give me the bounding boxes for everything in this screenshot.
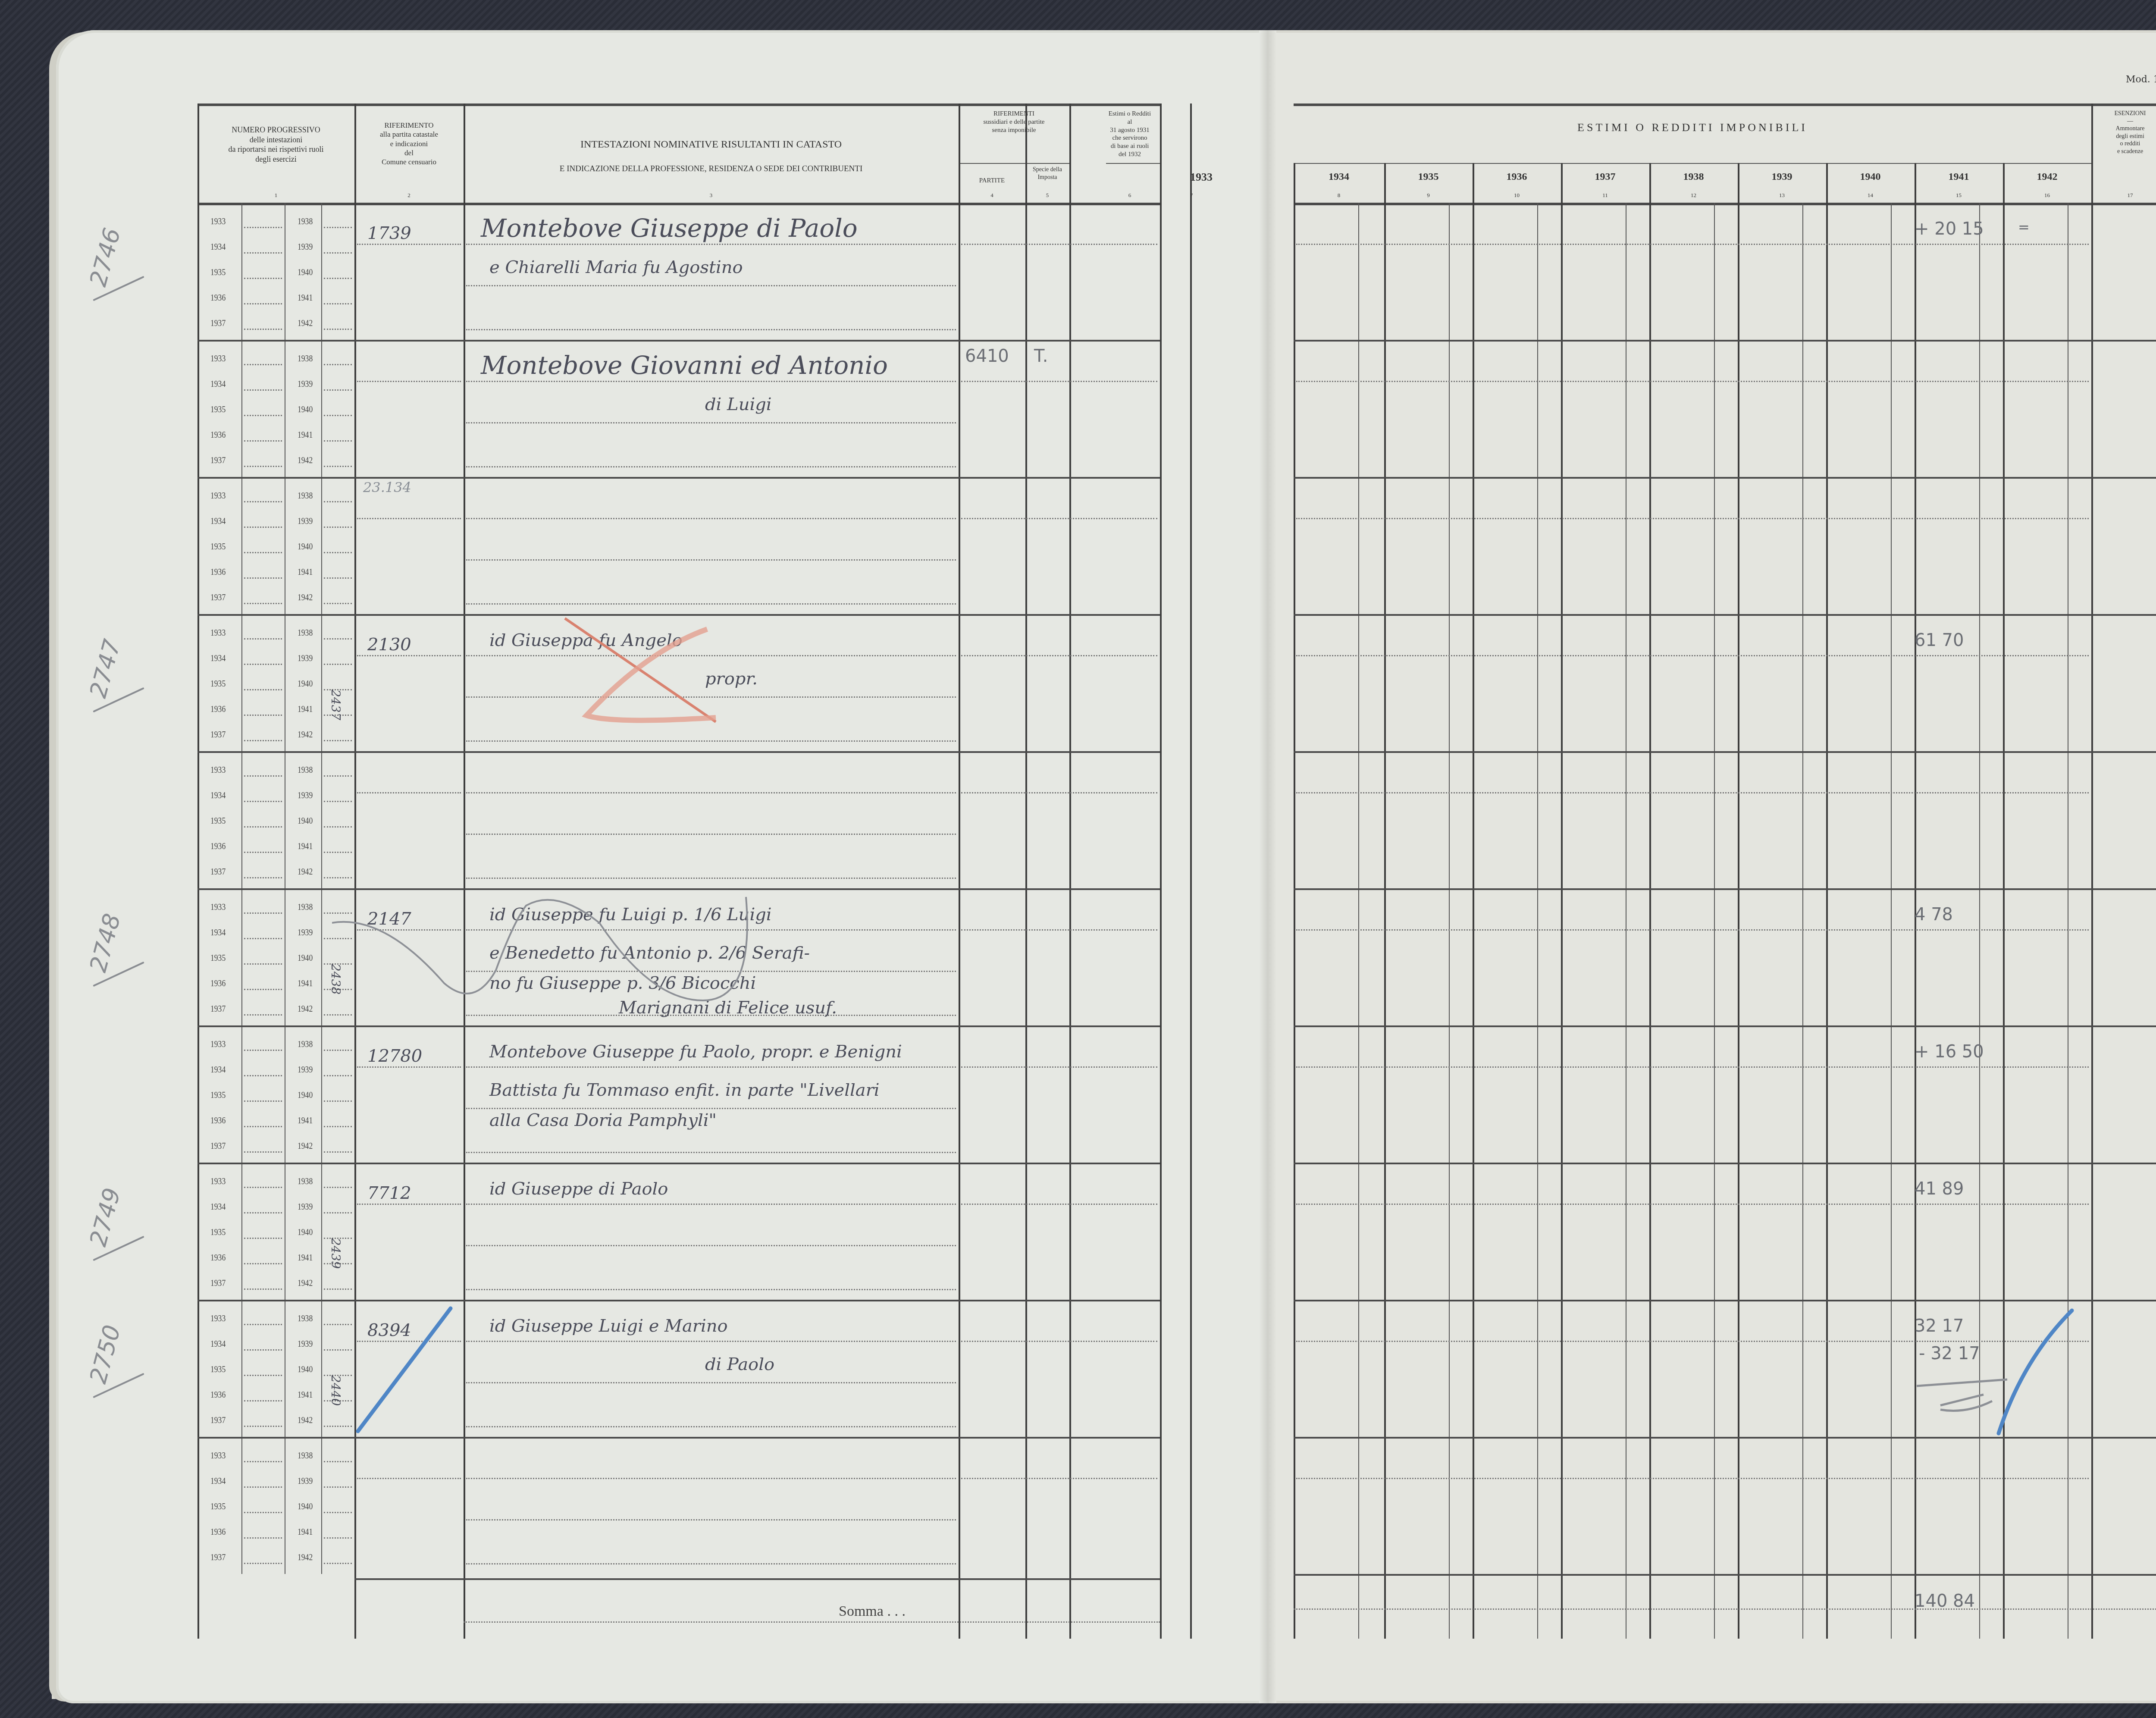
dotted-line xyxy=(324,1563,352,1564)
year-label: 1936 xyxy=(210,1389,226,1400)
year-label: 1936 xyxy=(210,840,226,852)
blue-check-mark xyxy=(1996,1308,2083,1438)
dotted-line xyxy=(357,244,461,245)
column-number: 3 xyxy=(464,192,959,199)
dotted-line xyxy=(324,527,352,528)
year-label: 1937 xyxy=(210,866,226,877)
column-rule xyxy=(1384,163,1386,1639)
dotted-line xyxy=(244,1512,282,1513)
header-partite: PARTITE xyxy=(959,177,1025,185)
column-number: 8 xyxy=(1294,192,1384,199)
year-label: 1940 xyxy=(298,1089,313,1100)
record-divider xyxy=(1294,477,2156,479)
dotted-line xyxy=(324,389,352,391)
dotted-line xyxy=(244,1050,282,1051)
cents-rule xyxy=(1537,203,1538,1639)
header-year-1937: 1937 xyxy=(1561,170,1649,183)
year-label: 1938 xyxy=(298,1450,313,1461)
dotted-line xyxy=(244,1212,282,1213)
year-label: 1935 xyxy=(210,1226,226,1238)
dotted-line xyxy=(324,252,352,254)
estimo-1941-value: + 20 15 xyxy=(1915,219,1984,239)
dotted-line xyxy=(324,577,352,579)
column-rule xyxy=(1160,103,1162,1639)
dotted-line xyxy=(466,1289,956,1290)
left-page xyxy=(56,30,1268,1703)
year-label: 1933 xyxy=(210,764,226,775)
column-number: 6 xyxy=(1069,192,1190,199)
dotted-line xyxy=(466,740,956,742)
year-label: 1935 xyxy=(210,541,226,552)
dotted-line xyxy=(324,329,352,330)
header-year-1934: 1934 xyxy=(1294,170,1384,183)
dotted-line xyxy=(324,1288,352,1290)
specie-imposta-value: T. xyxy=(1034,346,1048,366)
column-number: 12 xyxy=(1649,192,1738,199)
dotted-line xyxy=(244,1400,282,1401)
year-label: 1940 xyxy=(298,1226,313,1238)
year-label: 1942 xyxy=(298,1414,313,1426)
book-gutter xyxy=(1259,30,1276,1703)
dotted-line xyxy=(466,1519,956,1520)
dotted-line xyxy=(324,278,352,279)
header-numero-progressivo: NUMERO PROGRESSIVOdelle intestazionida r… xyxy=(197,125,354,164)
intestazione-line: Battista fu Tommaso enfit. in parte "Liv… xyxy=(489,1080,880,1100)
red-cross-out-mark xyxy=(561,616,724,728)
year-label: 1941 xyxy=(298,566,313,577)
column-rule xyxy=(1826,163,1828,1639)
dotted-line xyxy=(244,364,282,365)
year-label: 1942 xyxy=(298,1003,313,1014)
year-label: 1938 xyxy=(298,1176,313,1187)
dotted-line xyxy=(244,1324,282,1325)
column-number: 16 xyxy=(2003,192,2091,199)
cents-rule xyxy=(1891,203,1892,1639)
column1-note: 2437 xyxy=(329,690,343,720)
year-label: 1933 xyxy=(210,1038,226,1050)
year-label: 1937 xyxy=(210,317,226,329)
dotted-line xyxy=(1296,792,2089,793)
cents-rule xyxy=(1626,203,1626,1639)
dotted-line xyxy=(244,775,282,777)
dotted-line xyxy=(961,381,1157,382)
year-label: 1936 xyxy=(210,292,226,303)
dotted-line xyxy=(961,1478,1157,1479)
year-label: 1935 xyxy=(210,1089,226,1100)
dotted-line xyxy=(466,1382,956,1383)
dotted-line xyxy=(961,244,1157,245)
year-label: 1935 xyxy=(210,266,226,278)
dotted-line xyxy=(466,1152,956,1153)
record-divider xyxy=(197,340,1160,342)
dotted-line xyxy=(244,1563,282,1564)
year-label: 1938 xyxy=(298,901,313,912)
year-label: 1938 xyxy=(298,764,313,775)
somma-label: Somma . . . xyxy=(839,1603,906,1620)
dotted-line xyxy=(244,1014,282,1016)
column-number: 10 xyxy=(1473,192,1561,199)
column-rule xyxy=(1025,103,1027,1639)
table-rule xyxy=(1294,103,2156,106)
header-rule xyxy=(1106,163,1160,164)
record-divider xyxy=(1294,888,2156,890)
year-label: 1933 xyxy=(210,490,226,501)
pencil-strike-mark xyxy=(1915,1375,2009,1414)
year-label: 1934 xyxy=(210,1064,226,1075)
dotted-line xyxy=(244,715,282,716)
header-specie-imposta: Specie della Imposta xyxy=(1025,166,1069,181)
dotted-line xyxy=(466,329,956,330)
dotted-line xyxy=(244,877,282,878)
year-label: 1942 xyxy=(298,592,313,603)
column-rule xyxy=(1561,163,1563,1639)
partita-number: 12780 xyxy=(367,1046,422,1066)
column-rule xyxy=(1069,103,1071,1639)
dotted-line xyxy=(466,1066,956,1068)
year-label: 1938 xyxy=(298,353,313,364)
record-divider xyxy=(1294,340,2156,342)
header-rule xyxy=(959,163,1069,164)
year-label: 1934 xyxy=(210,790,226,801)
header-year-1933: 1933 xyxy=(1190,170,1213,185)
dotted-line xyxy=(466,1204,956,1205)
dotted-line xyxy=(466,559,956,561)
year-label: 1942 xyxy=(298,1277,313,1288)
cents-rule xyxy=(1449,203,1450,1639)
estimo-1941-deduction: - 32 17 xyxy=(1919,1344,1980,1364)
dotted-line xyxy=(466,466,956,467)
dotted-line xyxy=(357,518,461,519)
year-label: 1941 xyxy=(298,1115,313,1126)
year-label: 1933 xyxy=(210,1450,226,1461)
intestazione-line: Montebove Giuseppe fu Paolo, propr. e Be… xyxy=(489,1042,902,1062)
dotted-line xyxy=(324,603,352,604)
year-label: 1940 xyxy=(298,1364,313,1375)
header-estimi-1931: Estimi o Redditial31 agosto 1931che serv… xyxy=(1069,110,1190,159)
year-label: 1939 xyxy=(298,790,313,801)
year-label: 1935 xyxy=(210,1364,226,1375)
dotted-line xyxy=(244,603,282,604)
year-label: 1936 xyxy=(210,703,226,715)
estimo-1941-value: 4 78 xyxy=(1915,905,1953,925)
year-label: 1941 xyxy=(298,978,313,989)
dotted-line xyxy=(324,638,352,640)
column-number: 5 xyxy=(1025,192,1069,199)
year-label: 1935 xyxy=(210,815,226,826)
year-label: 1937 xyxy=(210,592,226,603)
dotted-line xyxy=(466,422,956,423)
year-label: 1939 xyxy=(298,515,313,527)
dotted-line xyxy=(244,527,282,528)
column-rule xyxy=(1915,163,1916,1639)
year-label: 1935 xyxy=(210,1501,226,1512)
intestazione-line: e Chiarelli Maria fu Agostino xyxy=(489,257,743,277)
year-label: 1933 xyxy=(210,216,226,227)
dotted-line xyxy=(466,1108,956,1109)
record-divider xyxy=(1294,1163,2156,1164)
dotted-line xyxy=(244,278,282,279)
dotted-line xyxy=(466,381,956,382)
header-year-1935: 1935 xyxy=(1384,170,1473,183)
column1-note: 2439 xyxy=(329,1238,343,1269)
dotted-line xyxy=(324,852,352,853)
year-label: 1935 xyxy=(210,404,226,415)
table-rule xyxy=(197,103,1160,106)
dotted-line xyxy=(1296,518,2089,519)
table-rule xyxy=(197,203,1160,205)
record-divider xyxy=(1294,1437,2156,1439)
dotted-line xyxy=(1296,381,2089,382)
blue-check-mark xyxy=(354,1306,457,1436)
column-number: 15 xyxy=(1915,192,2003,199)
year-label: 1942 xyxy=(298,1140,313,1151)
year-label: 1942 xyxy=(298,729,313,740)
dotted-line xyxy=(1296,1478,2089,1479)
dotted-line xyxy=(466,1426,956,1427)
year-label: 1940 xyxy=(298,266,313,278)
record-divider xyxy=(197,1437,1160,1439)
dotted-line xyxy=(244,227,282,228)
record-divider xyxy=(197,1300,1160,1301)
dotted-line xyxy=(466,603,956,605)
dotted-line xyxy=(357,381,461,382)
record-divider xyxy=(1294,1025,2156,1027)
dotted-line xyxy=(324,664,352,665)
dotted-line xyxy=(357,655,461,656)
year-label: 1940 xyxy=(298,815,313,826)
dotted-line xyxy=(244,826,282,828)
record-divider xyxy=(197,1163,1160,1164)
year-label: 1934 xyxy=(210,652,226,664)
dotted-line xyxy=(244,938,282,939)
dotted-line xyxy=(324,1212,352,1213)
year-label: 1941 xyxy=(298,1526,313,1537)
estimo-1941-value: 61 70 xyxy=(1915,630,1964,650)
column-rule xyxy=(1190,103,1192,1639)
column-number: 2 xyxy=(354,192,464,199)
dotted-line xyxy=(244,664,282,665)
year-label: 1938 xyxy=(298,490,313,501)
column-rule xyxy=(1473,163,1474,1639)
dotted-line xyxy=(961,929,1157,931)
cents-rule xyxy=(1802,203,1803,1639)
right-page xyxy=(1268,30,2156,1703)
year-label: 1942 xyxy=(298,1552,313,1563)
somma-dotted-line xyxy=(1294,1608,2156,1610)
year-label: 1940 xyxy=(298,404,313,415)
year-label: 1933 xyxy=(210,901,226,912)
partite-value: 6410 xyxy=(965,346,1009,366)
dotted-line xyxy=(244,1187,282,1188)
year-label: 1939 xyxy=(298,1338,313,1349)
dotted-line xyxy=(324,1426,352,1427)
column-number: 17 xyxy=(2091,192,2156,199)
dotted-line xyxy=(244,440,282,442)
column-rule xyxy=(2091,103,2093,1639)
year-label: 1941 xyxy=(298,292,313,303)
year-label: 1939 xyxy=(298,1475,313,1486)
year-label: 1941 xyxy=(298,1389,313,1400)
year-label: 1942 xyxy=(298,866,313,877)
column-number: 7 xyxy=(1190,192,1193,199)
dotted-line xyxy=(466,834,956,835)
year-label: 1933 xyxy=(210,1313,226,1324)
table-rule xyxy=(1294,203,2156,205)
pencil-loop-mark xyxy=(332,871,849,1018)
dotted-line xyxy=(244,329,282,330)
record-divider xyxy=(197,614,1160,616)
dotted-line xyxy=(324,1461,352,1462)
year-label: 1934 xyxy=(210,927,226,938)
dotted-line xyxy=(244,552,282,553)
estimo-1941-value: 41 89 xyxy=(1915,1179,1964,1199)
dotted-line xyxy=(324,415,352,416)
dotted-line xyxy=(324,501,352,502)
intestazione-line: alla Casa Doria Pamphyli" xyxy=(489,1110,717,1130)
column-number: 9 xyxy=(1384,192,1473,199)
dotted-line xyxy=(324,775,352,777)
form-code: Mod. 111 - Imposte Dirette (Intercalare)… xyxy=(2126,74,2156,85)
dotted-line xyxy=(324,1187,352,1188)
dotted-line xyxy=(324,1486,352,1488)
dotted-line xyxy=(244,1349,282,1351)
dotted-line xyxy=(357,792,461,793)
dotted-line xyxy=(324,552,352,553)
dotted-line xyxy=(324,364,352,365)
column-rule xyxy=(1294,163,1295,1639)
dotted-line xyxy=(324,1349,352,1351)
year-label: 1934 xyxy=(210,1338,226,1349)
header-year-1936: 1936 xyxy=(1473,170,1561,183)
record-divider xyxy=(1294,751,2156,753)
year-label: 1941 xyxy=(298,703,313,715)
year-label: 1934 xyxy=(210,1201,226,1212)
dotted-line xyxy=(244,252,282,254)
dotted-line xyxy=(244,1537,282,1539)
year-label: 1941 xyxy=(298,1252,313,1263)
header-intestazioni: INTESTAZIONI NOMINATIVE RISULTANTI IN CA… xyxy=(464,138,959,151)
partita-number: 7712 xyxy=(367,1183,411,1203)
dotted-line xyxy=(466,1245,956,1246)
header-year-1942: 1942 xyxy=(2003,170,2091,183)
year-label: 1937 xyxy=(210,455,226,466)
year-label: 1937 xyxy=(210,1277,226,1288)
dotted-line xyxy=(244,689,282,690)
dotted-line xyxy=(244,466,282,467)
record-divider xyxy=(197,751,1160,753)
column-number: 11 xyxy=(1561,192,1649,199)
year-label: 1939 xyxy=(298,652,313,664)
dotted-line xyxy=(466,1563,956,1564)
dotted-line xyxy=(324,1324,352,1325)
column-number: 1 xyxy=(197,192,354,199)
dotted-line xyxy=(244,740,282,741)
dotted-line xyxy=(1296,1341,2089,1342)
partita-number: 2130 xyxy=(367,635,411,655)
year-label: 1939 xyxy=(298,1201,313,1212)
somma-dotted-line xyxy=(464,1621,1160,1623)
year-label: 1937 xyxy=(210,1003,226,1014)
year-label: 1936 xyxy=(210,1526,226,1537)
record-divider xyxy=(1294,614,2156,616)
dotted-line xyxy=(357,1204,461,1205)
column-rule xyxy=(197,103,199,1639)
year-label: 1933 xyxy=(210,1176,226,1187)
year-label: 1935 xyxy=(210,952,226,963)
year-label: 1939 xyxy=(298,378,313,389)
year-label: 1934 xyxy=(210,241,226,252)
dotted-line xyxy=(244,852,282,853)
intestazione-line: di Luigi xyxy=(705,395,772,414)
dotted-line xyxy=(1296,655,2089,656)
dotted-line xyxy=(244,501,282,502)
faint-note: 23.134 xyxy=(363,479,411,495)
year-label: 1941 xyxy=(298,429,313,440)
column-rule xyxy=(959,103,960,1639)
dotted-line xyxy=(324,303,352,304)
dotted-line xyxy=(244,1238,282,1239)
intestazione-line: Montebove Giuseppe di Paolo xyxy=(481,213,858,243)
dotted-line xyxy=(244,303,282,304)
dotted-line xyxy=(1296,929,2089,931)
year-label: 1936 xyxy=(210,978,226,989)
year-label: 1936 xyxy=(210,429,226,440)
header-esenzioni: ESENZIONI—Ammontaredegli estimio redditi… xyxy=(2091,110,2156,155)
year-label: 1938 xyxy=(298,627,313,638)
estimo-1941-value: 32 17 xyxy=(1915,1316,1964,1336)
record-divider xyxy=(1294,1300,2156,1301)
year-label: 1936 xyxy=(210,566,226,577)
dotted-line xyxy=(244,989,282,990)
header-riferimento: RIFERIMENTOalla partita catastalee indic… xyxy=(354,121,464,166)
header-estimi-imponibili: ESTIMI O REDDITI IMPONIBILI xyxy=(1294,121,2091,135)
dotted-line xyxy=(961,1341,1157,1342)
year-label: 1936 xyxy=(210,1115,226,1126)
dotted-line xyxy=(466,1341,956,1342)
dotted-line xyxy=(244,1461,282,1462)
dotted-line xyxy=(357,1066,461,1068)
column-number: 13 xyxy=(1738,192,1826,199)
header-year-1940: 1940 xyxy=(1826,170,1915,183)
cents-rule xyxy=(1358,203,1359,1639)
cents-rule xyxy=(1714,203,1715,1639)
year-label: 1938 xyxy=(298,1038,313,1050)
dotted-line xyxy=(466,285,956,286)
year-label: 1939 xyxy=(298,927,313,938)
year-label: 1937 xyxy=(210,1140,226,1151)
dotted-line xyxy=(244,638,282,640)
header-year-1938: 1938 xyxy=(1649,170,1738,183)
dotted-line xyxy=(244,389,282,391)
somma-1941-value: 140 84 xyxy=(1915,1591,1975,1611)
intestazione-line: Montebove Giovanni ed Antonio xyxy=(481,351,888,380)
dotted-line xyxy=(244,577,282,579)
dotted-line xyxy=(244,1151,282,1153)
dotted-line xyxy=(244,1288,282,1290)
year-label: 1935 xyxy=(210,678,226,689)
header-riferimenti: RIFERIMENTIsussidiari e delle partitesen… xyxy=(959,110,1069,134)
dotted-line xyxy=(961,518,1157,519)
intestazione-line: id Giuseppe Luigi e Marino xyxy=(489,1316,728,1336)
year-label: 1942 xyxy=(298,455,313,466)
dotted-line xyxy=(244,1100,282,1102)
dotted-line xyxy=(961,1204,1157,1205)
dotted-line xyxy=(324,1075,352,1076)
year-label: 1933 xyxy=(210,353,226,364)
dotted-line xyxy=(466,244,956,245)
dotted-line xyxy=(357,1478,461,1479)
dotted-line xyxy=(324,801,352,802)
